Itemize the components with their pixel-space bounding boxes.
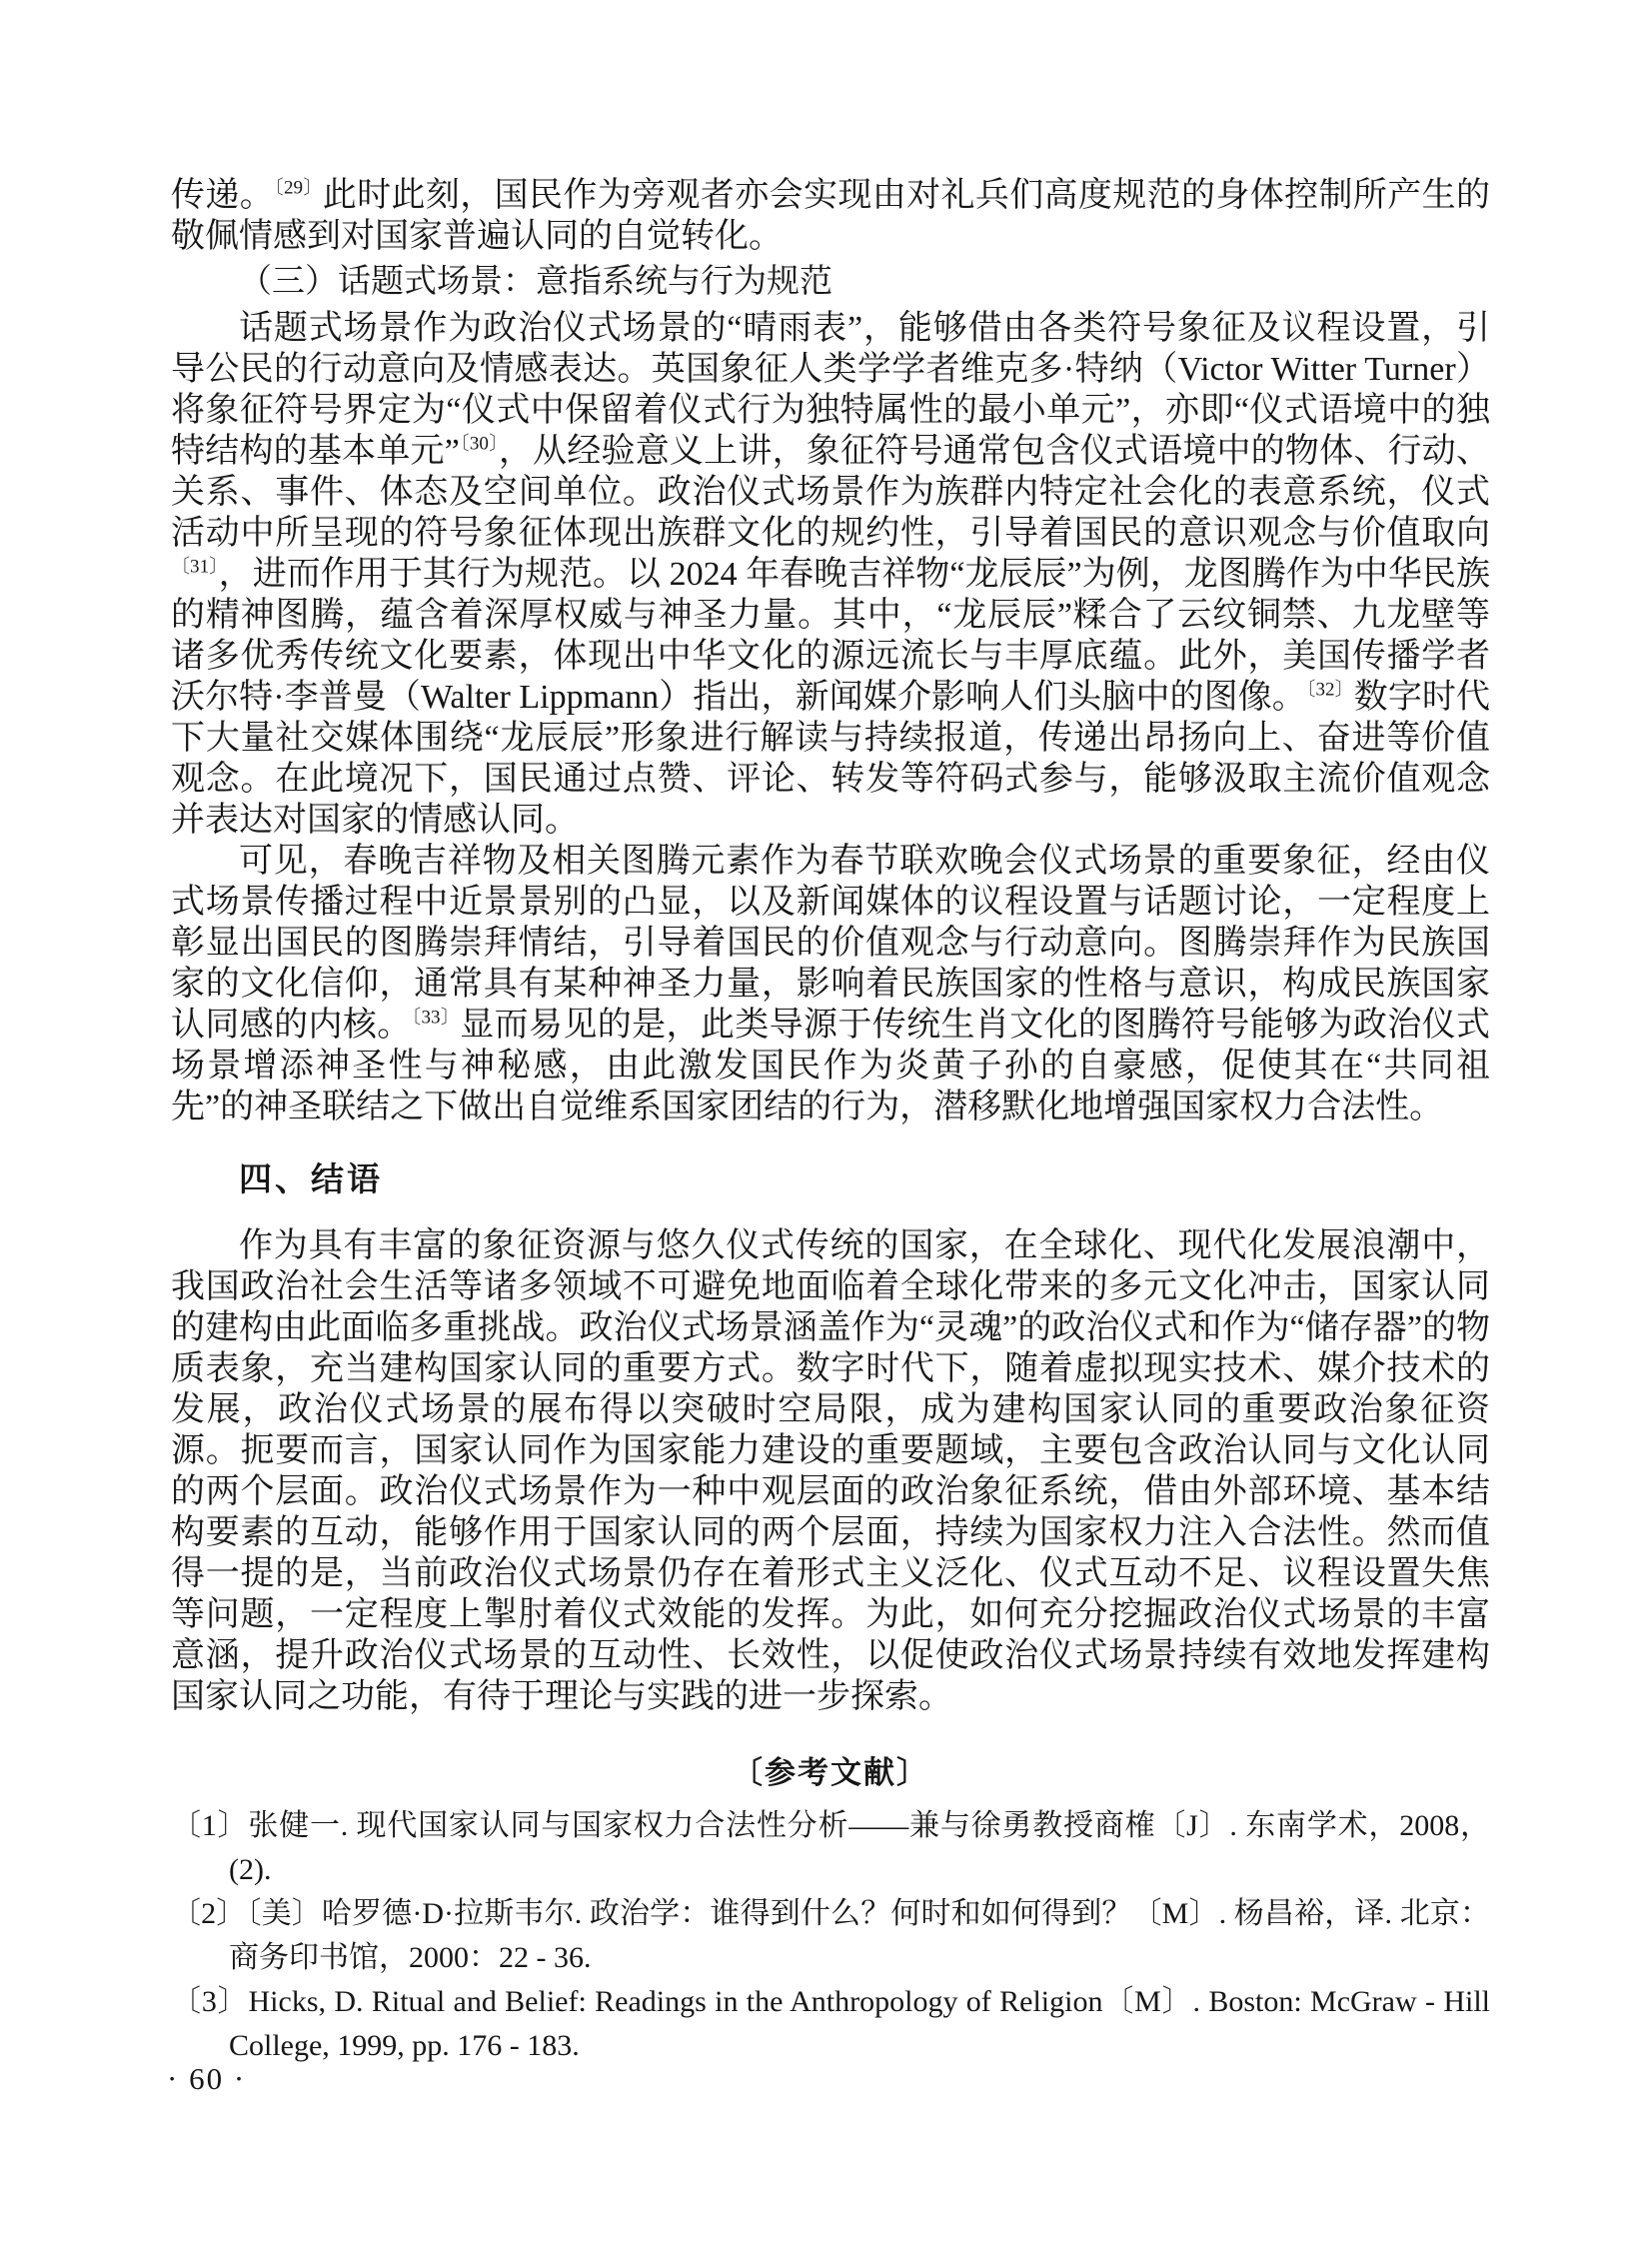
references-heading: 〔参考文献〕 bbox=[171, 1747, 1490, 1792]
reference-item: 〔1〕张健一. 现代国家认同与国家权力合法性分析——兼与徐勇教授商榷〔J〕. 东… bbox=[171, 1804, 1490, 1892]
page-number: · 60 · bbox=[167, 2061, 246, 2096]
citation-marker: 〔30〕 bbox=[460, 434, 499, 455]
reference-item: 〔3〕Hicks, D. Ritual and Belief: Readings… bbox=[171, 1980, 1490, 2068]
reference-item: 〔2〕〔美〕哈罗德·D·拉斯韦尔. 政治学：谁得到什么？何时和如何得到？〔M〕.… bbox=[171, 1892, 1490, 1980]
citation-marker: 〔29〕 bbox=[274, 178, 323, 199]
body-paragraph: 传递。〔29〕此时此刻，国民作为旁观者亦会实现由对礼兵们高度规范的身体控制所产生… bbox=[171, 175, 1490, 257]
citation-marker: 〔31〕 bbox=[171, 557, 219, 578]
section-heading: 四、结语 bbox=[171, 1159, 1490, 1199]
body-paragraph: 话题式场景作为政治仪式场景的“晴雨表”，能够借由各类符号象征及议程设置，引导公民… bbox=[171, 308, 1490, 841]
sub-section-heading: （三）话题式场景：意指系统与行为规范 bbox=[171, 262, 1490, 303]
citation-marker: 〔33〕 bbox=[412, 1008, 461, 1029]
citation-marker: 〔32〕 bbox=[1306, 680, 1354, 701]
body-paragraph: 可见，春晚吉祥物及相关图腾元素作为春节联欢晚会仪式场景的重要象征，经由仪式场景传… bbox=[171, 841, 1490, 1127]
article-body: 传递。〔29〕此时此刻，国民作为旁观者亦会实现由对礼兵们高度规范的身体控制所产生… bbox=[171, 175, 1490, 2068]
journal-page: 传递。〔29〕此时此刻，国民作为旁观者亦会实现由对礼兵们高度规范的身体控制所产生… bbox=[0, 0, 1652, 2243]
page-footer: · 60 · bbox=[167, 2061, 246, 2097]
body-paragraph: 作为具有丰富的象征资源与悠久仪式传统的国家，在全球化、现代化发展浪潮中，我国政治… bbox=[171, 1225, 1490, 1717]
